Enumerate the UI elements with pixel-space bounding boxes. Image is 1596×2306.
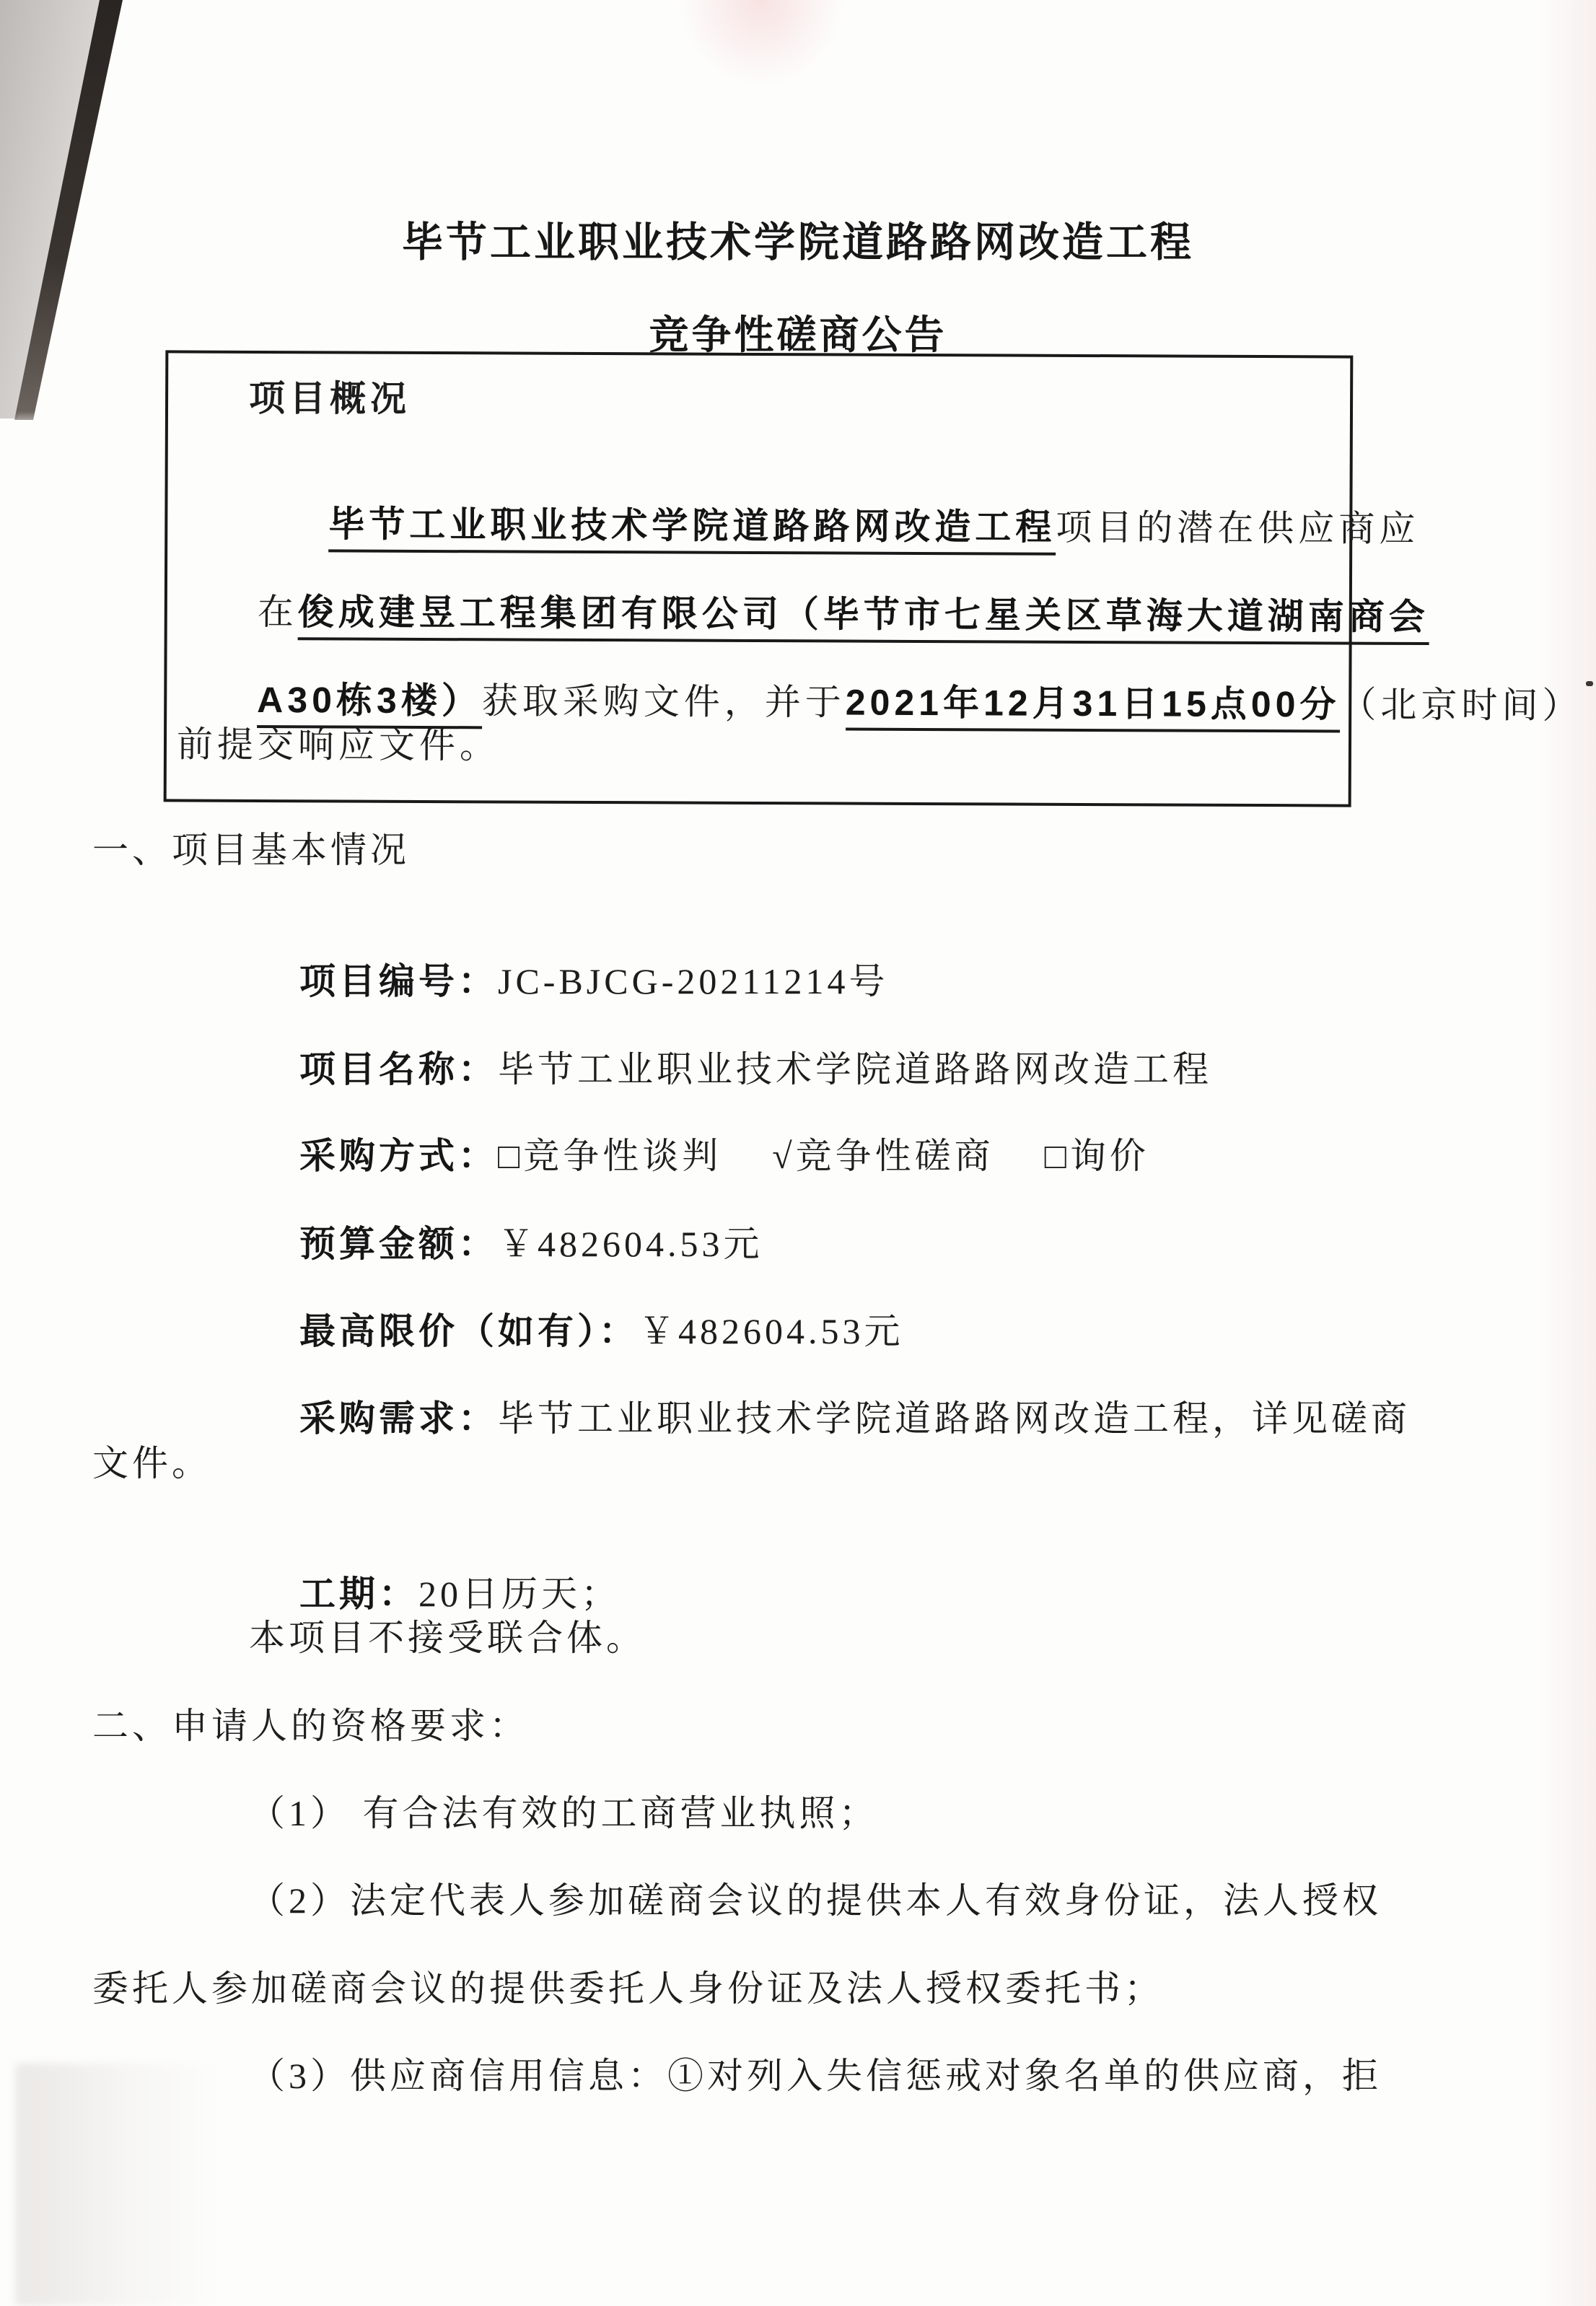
demand-continuation: 文件。 [92, 1442, 211, 1485]
field-project-name-label: 项目名称： [299, 1049, 498, 1090]
field-project-number-label: 项目编号： [299, 961, 498, 1001]
field-procurement-demand: 采购需求：毕节工业职业技术学院道路路网改造工程，详见磋商 [249, 1354, 1411, 1483]
field-budget-label: 预算金额： [299, 1224, 498, 1264]
deadline-underlined: 2021年12月31日15点00分 [846, 683, 1341, 733]
field-procurement-method-label: 采购方式： [299, 1136, 498, 1176]
scan-speck [1586, 681, 1593, 686]
section2-heading: 二、申请人的资格要求： [92, 1704, 529, 1748]
field-project-number-value: JC-BJCG-20211214号 [498, 961, 889, 1001]
qualification-item-2-line-1: （2）法定代表人参加磋商会议的提供本人有效身份证，法人授权 [249, 1879, 1382, 1922]
no-consortium-note: 本项目不接受联合体。 [249, 1616, 646, 1660]
overview-line-1-rest: 项目的潜在供应商应 [1056, 507, 1419, 549]
overview-line-4: 前提交响应文件。 [177, 722, 500, 767]
scanned-document-page: 毕节工业职业技术学院道路路网改造工程 竞争性磋商公告 项目概况 毕节工业职业技术… [0, 0, 1596, 2306]
scan-ink-smudge [678, 0, 844, 87]
qualification-item-3-line-1: （3）供应商信用信息：①对列入失信惩戒对象名单的供应商，拒 [249, 2054, 1382, 2097]
qualification-item-2-line-2: 委托人参加磋商会议的提供委托人身份证及法人授权委托书； [92, 1967, 1164, 2010]
field-duration-label: 工期： [299, 1574, 418, 1614]
field-project-name-value: 毕节工业职业技术学院道路路网改造工程 [498, 1049, 1212, 1090]
section1-heading: 一、项目基本情况 [92, 828, 410, 872]
agency-address-underlined: A30栋3楼） [257, 680, 482, 729]
field-budget-value: ￥482604.53元 [498, 1224, 763, 1264]
field-procurement-demand-value: 毕节工业职业技术学院道路路网改造工程，详见磋商 [498, 1398, 1411, 1439]
qualification-item-1: （1） 有合法有效的工商营业执照； [249, 1792, 879, 1835]
field-max-price-value: ￥482604.53元 [639, 1311, 904, 1351]
overview-line-3-mid: 获取采购文件，并于 [482, 680, 846, 722]
overview-heading: 项目概况 [249, 377, 411, 421]
overview-line-3-suffix: （北京时间） [1340, 685, 1582, 726]
field-max-price-label: 最高限价（如有）： [299, 1311, 639, 1351]
field-duration-value: 20日历天； [418, 1574, 621, 1614]
field-procurement-demand-label: 采购需求： [299, 1398, 498, 1439]
field-procurement-method-options: □竞争性谈判 √竞争性磋商 □询价 [498, 1136, 1149, 1176]
project-overview-box: 项目概况 毕节工业职业技术学院道路路网改造工程项目的潜在供应商应 在俊成建昱工程… [164, 350, 1354, 807]
document-title: 毕节工业职业技术学院道路路网改造工程 [0, 209, 1596, 268]
scan-streak-artifact [16, 2064, 225, 2306]
overview-line-2-prefix: 在 [258, 592, 298, 632]
